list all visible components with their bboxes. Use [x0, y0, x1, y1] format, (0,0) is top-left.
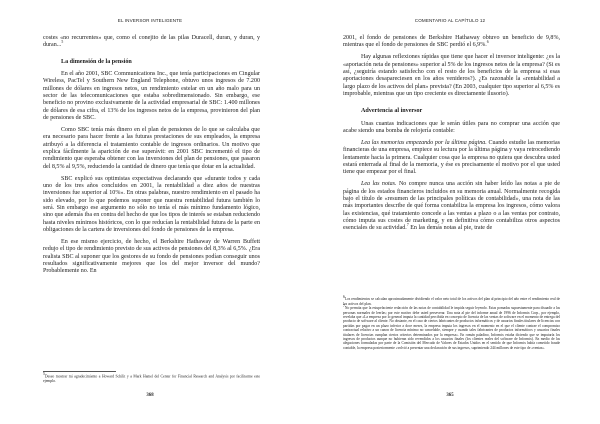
page-body: costes «no recurrentes» que, como el con…	[43, 35, 260, 280]
paragraph: Hay algunas reflexiones rápidas que tien…	[343, 54, 560, 98]
paragraph: Unas cuantas indicaciones que le serán ú…	[343, 121, 560, 136]
footnote: 7No permita que la estupefaciente redacc…	[343, 306, 560, 350]
paragraph: Lea las notas. No compre nunca una acció…	[343, 181, 560, 232]
paragraph: En ese mismo ejercicio, de hecho, el Ber…	[43, 239, 260, 276]
footnote-ref: 6	[487, 40, 489, 44]
footnote: 6Los rendimientos se calculan aproximada…	[343, 297, 560, 306]
section-heading: Advertencia al inversor	[361, 108, 560, 115]
paragraph: costes «no recurrentes» que, como el con…	[43, 35, 260, 50]
paragraph: Como SBC tenía más dinero en el plan de …	[43, 127, 260, 171]
right-page: COMENTARIO AL CAPÍTULO 12 2001, el fondo…	[300, 0, 600, 424]
running-header: EL INVERSOR INTELIGENTE	[0, 18, 300, 23]
footnote-divider	[43, 371, 116, 372]
paragraph: 2001, el fondo de pensiones de Berkshire…	[343, 35, 560, 50]
footnote: 5Deseo mostrar mi agradecimiento a Howar…	[43, 374, 260, 383]
footnotes: 5Deseo mostrar mi agradecimiento a Howar…	[43, 374, 260, 383]
section-heading: La dimensión de la pensión	[61, 59, 260, 66]
footnotes: 6Los rendimientos se calculan aproximada…	[343, 297, 560, 350]
paragraph: Lea las memorias empezando por la última…	[343, 140, 560, 177]
footnote-ref: 5	[61, 40, 63, 44]
running-header: COMENTARIO AL CAPÍTULO 12	[300, 18, 600, 23]
paragraph: En el año 2001, SBC Communications Inc.,…	[43, 71, 260, 122]
page-number: 365	[300, 393, 600, 398]
page-body: 2001, el fondo de pensiones de Berkshire…	[343, 35, 560, 237]
page-number: 368	[0, 393, 300, 398]
left-page: EL INVERSOR INTELIGENTE costes «no recur…	[0, 0, 300, 424]
paragraph: SBC explicó sus optimistas expectativas …	[43, 176, 260, 235]
